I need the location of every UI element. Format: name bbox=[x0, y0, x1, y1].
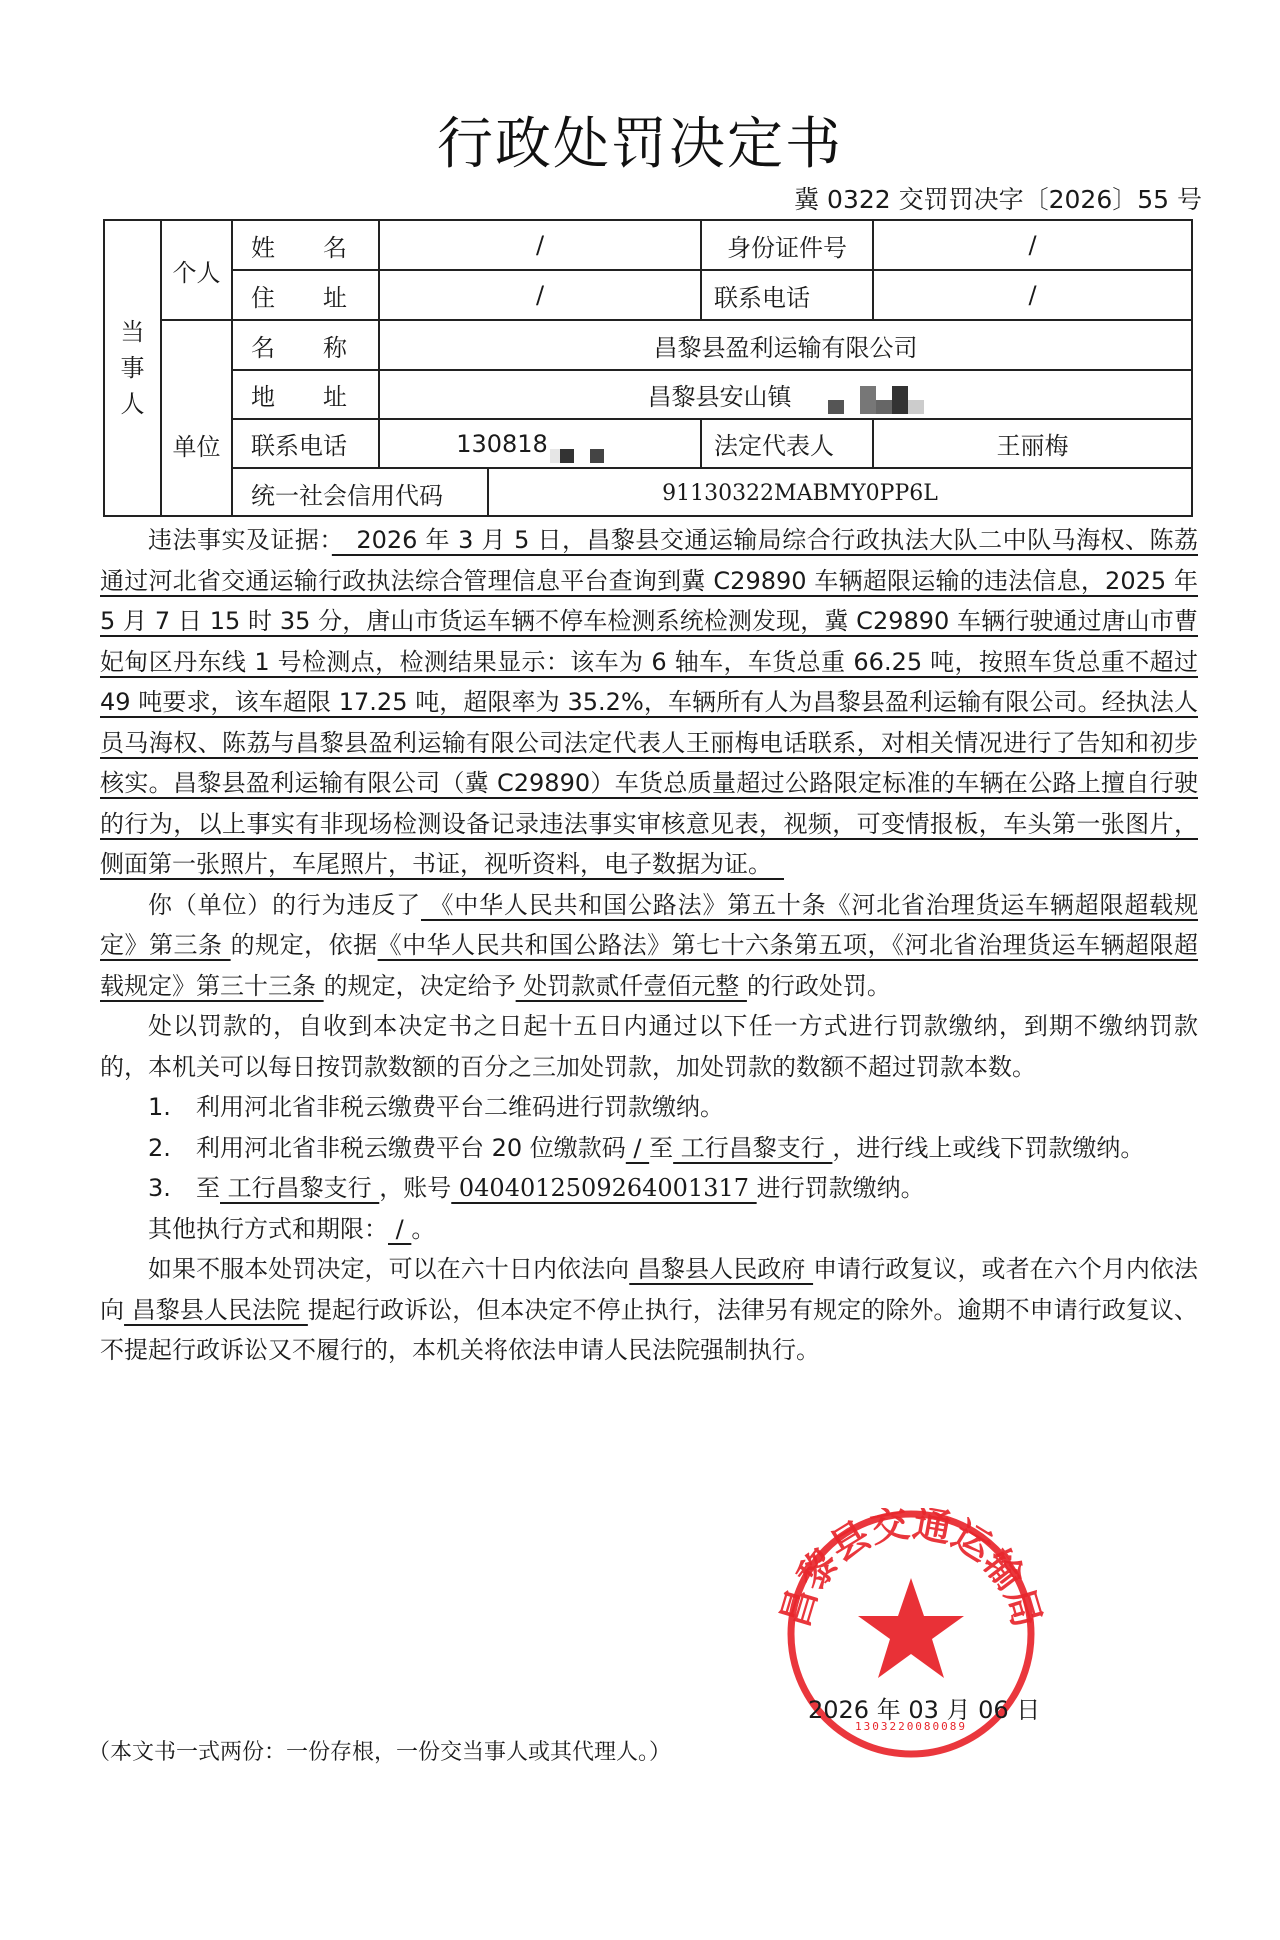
individual-group-label: 个人 bbox=[173, 253, 221, 288]
seal-star-icon bbox=[858, 1578, 964, 1678]
payment-intro: 处以罚款的，自收到本决定书之日起十五日内通过以下任一方式进行罚款缴纳，到期不缴纳… bbox=[100, 1006, 1198, 1087]
name-value: / bbox=[536, 231, 544, 259]
bank-account: 0404012509264001317 bbox=[451, 1174, 756, 1202]
item-text-c: ，进行线上或线下罚款缴纳。 bbox=[832, 1134, 1144, 1162]
violation-text-3: 的规定，决定给予 bbox=[324, 972, 516, 1000]
payment-code: / bbox=[626, 1134, 649, 1162]
footnote: （本文书一式两份：一份存根，一份交当事人或其代理人。） bbox=[88, 1735, 671, 1766]
phone-value-cell: / bbox=[874, 271, 1191, 321]
name-label-cell: 姓 名 bbox=[233, 221, 380, 271]
document-body: 违法事实及证据： 2026 年 3 月 5 日，昌黎县交通运输局综合行政执法大队… bbox=[100, 520, 1198, 1371]
bank-name: 工行昌黎支行 bbox=[673, 1134, 832, 1162]
unit-group-label: 单位 bbox=[173, 427, 221, 462]
address-label: 住 址 bbox=[251, 278, 347, 313]
credit-code-value-cell: 91130322MABMY0PP6L bbox=[489, 469, 1191, 517]
unit-address-value-cell: 昌黎县安山镇 bbox=[380, 371, 1191, 420]
appeal-paragraph: 如果不服本处罚决定，可以在六十日内依法向 昌黎县人民政府 申请行政复议，或者在六… bbox=[100, 1249, 1198, 1371]
legal-rep-label: 法定代表人 bbox=[714, 426, 834, 461]
penalty-amount: 处罚款贰仟壹佰元整 bbox=[516, 972, 747, 1000]
document-number: 冀 0322 交罚罚决字〔2026〕55 号 bbox=[794, 180, 1202, 216]
court: 昌黎县人民法院 bbox=[124, 1296, 308, 1324]
document-title: 行政处罚决定书 bbox=[0, 100, 1280, 180]
credit-code-label: 统一社会信用代码 bbox=[251, 476, 443, 511]
address-value: / bbox=[536, 281, 544, 309]
legal-rep-value: 王丽梅 bbox=[997, 426, 1069, 461]
payment-method-1: 1.利用河北省非税云缴费平台二维码进行罚款缴纳。 bbox=[100, 1087, 1198, 1128]
phone-value: / bbox=[1028, 281, 1036, 309]
facts-paragraph: 违法事实及证据： 2026 年 3 月 5 日，昌黎县交通运输局综合行政执法大队… bbox=[100, 520, 1198, 885]
item-text-a: 至 bbox=[196, 1174, 220, 1202]
violation-paragraph: 你（单位）的行为违反了 《中华人民共和国公路法》第五十条《河北省治理货运车辆超限… bbox=[100, 885, 1198, 1007]
legal-rep-label-cell: 法定代表人 bbox=[702, 420, 874, 469]
unit-address-label: 地 址 bbox=[251, 377, 347, 412]
unit-phone-label-cell: 联系电话 bbox=[233, 420, 380, 469]
unit-name-value-cell: 昌黎县盈利运输有限公司 bbox=[380, 321, 1191, 371]
other-label: 其他执行方式和期限： bbox=[148, 1215, 388, 1243]
individual-group-cell: 个人 bbox=[162, 221, 233, 321]
review-body: 昌黎县人民政府 bbox=[629, 1255, 813, 1283]
legal-rep-value-cell: 王丽梅 bbox=[874, 420, 1191, 469]
unit-phone-value-cell: 130818 bbox=[380, 420, 702, 469]
id-value-cell: / bbox=[874, 221, 1191, 271]
issue-date: 2026 年 03 月 06 日 bbox=[808, 1690, 1040, 1725]
id-label: 身份证件号 bbox=[727, 228, 847, 263]
name-label: 姓 名 bbox=[251, 228, 347, 263]
item-text: 利用河北省非税云缴费平台二维码进行罚款缴纳。 bbox=[196, 1093, 724, 1121]
unit-address-value: 昌黎县安山镇 bbox=[648, 377, 792, 412]
item-text-c: 进行罚款缴纳。 bbox=[757, 1174, 925, 1202]
phone-label-cell: 联系电话 bbox=[702, 271, 874, 321]
party-label: 当事人 bbox=[113, 314, 153, 422]
bank-name: 工行昌黎支行 bbox=[220, 1174, 379, 1202]
credit-code-label-cell: 统一社会信用代码 bbox=[233, 469, 489, 517]
unit-phone-label: 联系电话 bbox=[251, 426, 347, 461]
item-text-a: 利用河北省非税云缴费平台 20 位缴款码 bbox=[196, 1134, 626, 1162]
unit-name-label-cell: 名 称 bbox=[233, 321, 380, 371]
party-table: 当事人 个人 单位 姓 名 / 身份证件号 / 住 址 / 联系电话 / 名 称… bbox=[103, 219, 1193, 517]
item-number: 1. bbox=[148, 1087, 196, 1128]
redacted-phone-block bbox=[550, 435, 604, 453]
unit-group-cell: 单位 bbox=[162, 321, 233, 517]
credit-code-value: 91130322MABMY0PP6L bbox=[662, 481, 938, 506]
phone-label: 联系电话 bbox=[714, 278, 810, 313]
other-enforcement: 其他执行方式和期限： / 。 bbox=[100, 1209, 1198, 1250]
appeal-text-a: 如果不服本处罚决定，可以在六十日内依法向 bbox=[148, 1255, 629, 1283]
violation-text-1: 你（单位）的行为违反了 bbox=[148, 891, 421, 919]
redacted-address-block bbox=[828, 386, 924, 404]
unit-name-value: 昌黎县盈利运输有限公司 bbox=[654, 328, 918, 363]
id-value: / bbox=[1028, 231, 1036, 259]
unit-name-label: 名 称 bbox=[251, 328, 347, 363]
violation-text-4: 的行政处罚。 bbox=[747, 972, 891, 1000]
id-label-cell: 身份证件号 bbox=[702, 221, 874, 271]
item-text-b: ，账号 bbox=[379, 1174, 451, 1202]
unit-phone-value: 130818 bbox=[456, 430, 548, 458]
facts-label: 违法事实及证据： bbox=[148, 526, 332, 554]
payment-method-3: 3.至 工行昌黎支行 ，账号 0404012509264001317 进行罚款缴… bbox=[100, 1168, 1198, 1209]
facts-text: 2026 年 3 月 5 日，昌黎县交通运输局综合行政执法大队二中队马海权、陈荔… bbox=[100, 526, 1198, 878]
item-text-b: 至 bbox=[649, 1134, 673, 1162]
party-label-cell: 当事人 bbox=[105, 221, 162, 517]
violation-text-2: 的规定，依据 bbox=[231, 931, 378, 959]
unit-address-label-cell: 地 址 bbox=[233, 371, 380, 420]
payment-method-2: 2.利用河北省非税云缴费平台 20 位缴款码 / 至 工行昌黎支行 ，进行线上或… bbox=[100, 1128, 1198, 1169]
address-value-cell: / bbox=[380, 271, 702, 321]
other-end: 。 bbox=[411, 1215, 435, 1243]
name-value-cell: / bbox=[380, 221, 702, 271]
item-number: 3. bbox=[148, 1168, 196, 1209]
item-number: 2. bbox=[148, 1128, 196, 1169]
address-label-cell: 住 址 bbox=[233, 271, 380, 321]
other-value: / bbox=[388, 1215, 411, 1243]
